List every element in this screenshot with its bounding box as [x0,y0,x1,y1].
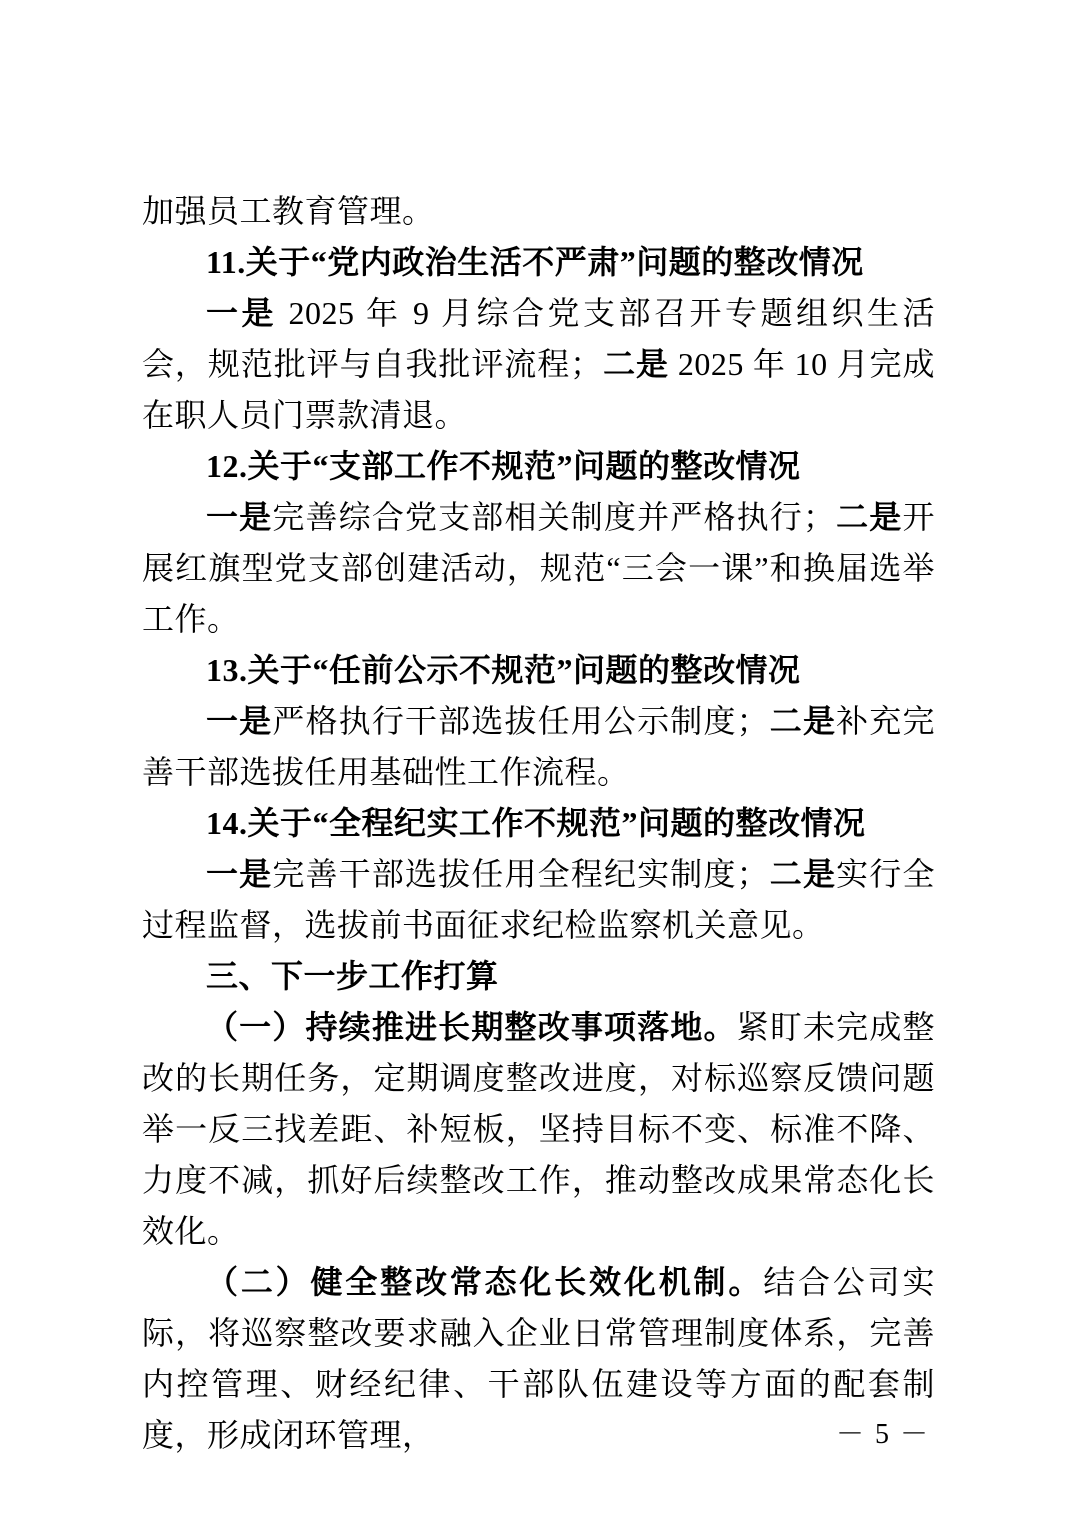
paragraph-14-lead-1: 一是 [206,856,272,892]
paragraph-tail: 加强员工教育管理。 [142,186,935,237]
paragraph-12-lead-1: 一是 [206,499,272,535]
paragraph-14-text-1: 完善干部选拔任用全程纪实制度； [272,856,769,892]
paragraph-13-text-1: 严格执行干部选拔任用公示制度； [272,703,769,739]
paragraph-12: 一是完善综合党支部相关制度并严格执行；二是开展红旗型党支部创建活动，规范“三会一… [142,492,935,645]
heading-item-11: 11.关于“党内政治生活不严肃”问题的整改情况 [142,237,935,288]
document-page: 加强员工教育管理。 11.关于“党内政治生活不严肃”问题的整改情况 一是 202… [0,0,1074,1520]
paragraph-3-1: （一）持续推进长期整改事项落地。紧盯未完成整改的长期任务，定期调度整改进度，对标… [142,1002,935,1257]
paragraph-3-1-lead: （一）持续推进长期整改事项落地。 [206,1009,737,1045]
heading-section-3: 三、下一步工作打算 [142,951,935,1002]
heading-item-12: 12.关于“支部工作不规范”问题的整改情况 [142,441,935,492]
page-number: － 5 － [836,1412,930,1452]
paragraph-13-lead-2: 二是 [769,703,836,739]
paragraph-12-lead-2: 二是 [835,499,902,535]
document-body: 加强员工教育管理。 11.关于“党内政治生活不严肃”问题的整改情况 一是 202… [142,186,935,1461]
paragraph-3-1-text: 紧盯未完成整改的长期任务，定期调度整改进度，对标巡察反馈问题举一反三找差距、补短… [142,1009,935,1249]
paragraph-14: 一是完善干部选拔任用全程纪实制度；二是实行全过程监督，选拔前书面征求纪检监察机关… [142,849,935,951]
paragraph-3-2-lead: （二）健全整改常态化长效化机制。 [206,1264,763,1300]
paragraph-13-lead-1: 一是 [206,703,272,739]
paragraph-11-lead-2: 二是 [603,346,669,382]
heading-item-14: 14.关于“全程纪实工作不规范”问题的整改情况 [142,798,935,849]
paragraph-13: 一是严格执行干部选拔任用公示制度；二是补充完善干部选拔任用基础性工作流程。 [142,696,935,798]
paragraph-11-lead-1: 一是 [206,295,277,331]
paragraph-12-text-1: 完善综合党支部相关制度并严格执行； [272,499,835,535]
paragraph-11: 一是 2025 年 9 月综合党支部召开专题组织生活会，规范批评与自我批评流程；… [142,288,935,441]
heading-item-13: 13.关于“任前公示不规范”问题的整改情况 [142,645,935,696]
paragraph-3-2: （二）健全整改常态化长效化机制。结合公司实际，将巡察整改要求融入企业日常管理制度… [142,1257,935,1461]
paragraph-14-lead-2: 二是 [769,856,836,892]
